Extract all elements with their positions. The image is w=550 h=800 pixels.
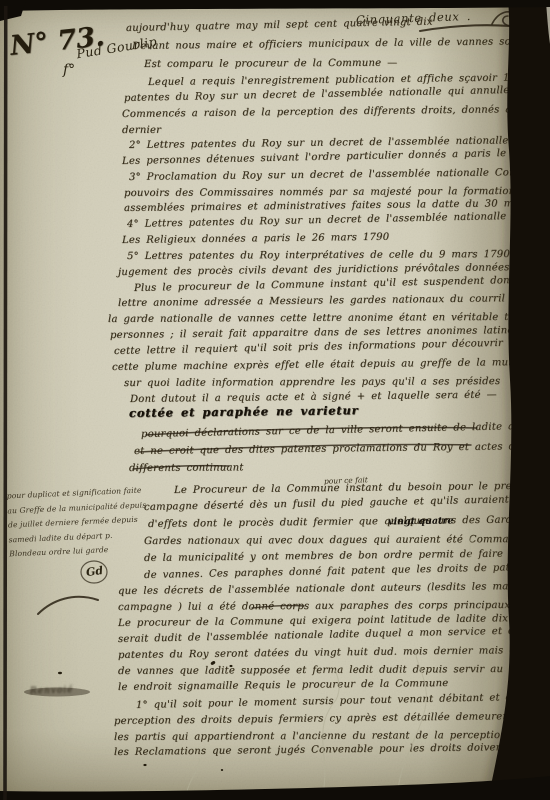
scan-corner-top-left [0,0,26,21]
manuscript-line: de vannes que ladite supposée et ferma l… [118,663,550,678]
paraph-squiggle [492,12,517,26]
book-binding [488,0,550,800]
manuscript-line-emphasized: cottée et paraphée ne varietur [129,404,359,420]
manuscript-line-struck: pourquoi déclarations sur ce de la ville… [141,417,550,441]
manuscript-line-struck: differents continuant [129,461,244,475]
flourish-underline [420,25,527,31]
manuscript-line: Les Religieux données a paris le 26 mars… [122,231,390,247]
manuscript-line: le endroit signamaille Requis le procure… [118,677,449,694]
margin-note: pour duplicat et signification faite au … [6,485,121,562]
folio-mark: f° [63,62,75,78]
interline-insertion: pour ce fait [324,475,368,486]
manuscript-line-struck: et ne croit que des dites patentes procl… [134,439,550,458]
manuscript-line: aujourd'huy quatre may mil sept cent qua… [126,16,433,35]
manuscript-scan-page: Cinquante deux . N° 73. Pud Gourlip f° a… [0,0,550,800]
manuscript-line: dernier [122,124,161,137]
manuscript-line: sur quoi ladite information apprendre le… [124,375,500,390]
margin-flourish [38,597,98,614]
manuscript-line: patentes du Roy seront datées du vingt h… [118,643,550,662]
manuscript-line: lettre anonime adressée a Messieurs les … [118,291,550,310]
manuscript-line: cette plume machine exprès effet elle ét… [112,356,550,374]
paraph-initials: Gd [85,564,104,579]
manuscript-line: 3° Proclamation du Roy sur un decret de … [129,166,550,184]
scan-border-bottom [0,776,550,800]
manuscript-line: Devant nous maire et officiers municipau… [132,35,550,53]
scan-border-left [3,6,7,800]
margin-smudged-word: Renvoié [30,685,74,697]
manuscript-line: que les décrets de l'assemblée nationale… [118,579,550,598]
manuscript-line: d'effets dont le procès dudit fermier qu… [148,513,524,531]
overwritten-words: vingt quatre [388,515,454,527]
manuscript-line: campagne ) lui a été donné corps aux par… [118,599,510,614]
manuscript-line: Commencés a raison de la perception des … [122,102,550,121]
manuscript-line: Gardes nationaux qui avec doux dagues qu… [144,532,550,548]
manuscript-line: Est comparu le procureur de la Commune — [144,57,397,71]
